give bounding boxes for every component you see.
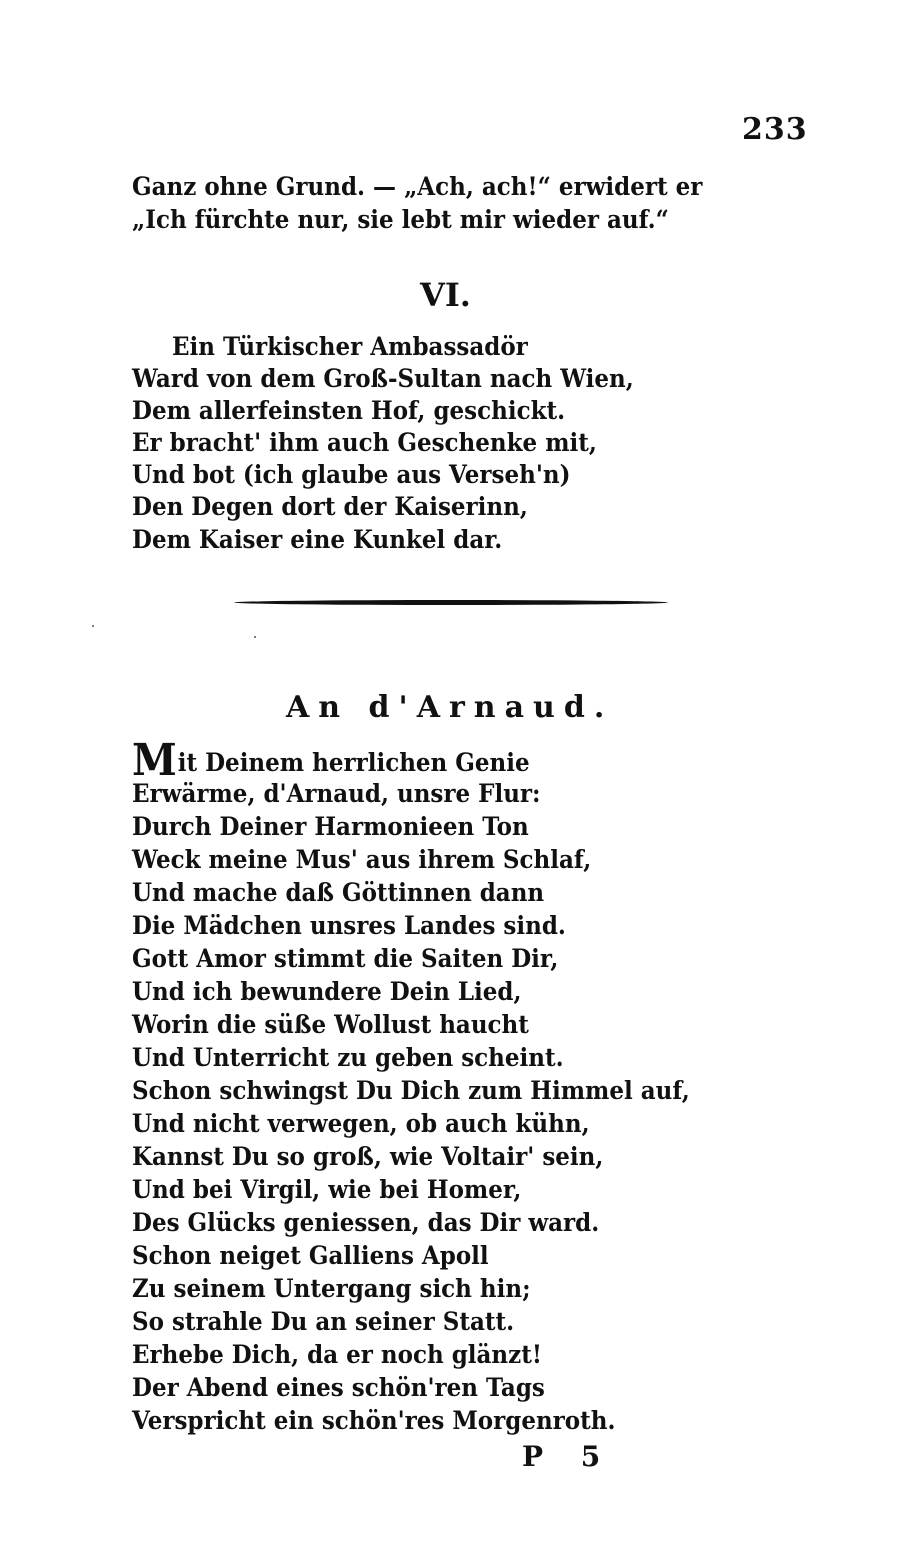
scan-speck	[92, 625, 94, 627]
verse-line: Den Degen dort der Kaiserinn,	[132, 492, 528, 522]
verse-line: Gott Amor stimmt die Saiten Dir,	[132, 944, 558, 974]
verse-line: Und mache daß Göttinnen dann	[132, 878, 544, 908]
verse-line: Zu seinem Untergang sich hin;	[132, 1274, 531, 1304]
verse-line: Dem Kaiser eine Kunkel dar.	[132, 525, 502, 555]
verse-line: Kannst Du so groß, wie Voltair' sein,	[132, 1142, 603, 1172]
scan-speck	[254, 636, 256, 638]
verse-line: Und bot (ich glaube aus Verseh'n)	[132, 460, 570, 490]
verse-line: Schon schwingst Du Dich zum Himmel auf,	[132, 1076, 690, 1106]
verse-line: Schon neiget Galliens Apoll	[132, 1241, 489, 1271]
verse-line: Er bracht' ihm auch Geschenke mit,	[132, 428, 597, 458]
verse-line: Und ich bewundere Dein Lied,	[132, 977, 521, 1007]
verse-line: Weck meine Mus' aus ihrem Schlaf,	[132, 845, 591, 875]
verse-line: Verspricht ein schön'res Morgenroth.	[132, 1406, 615, 1436]
section-numeral: VI.	[420, 276, 471, 314]
verse-line: Ein Türkischer Ambassadör	[172, 332, 528, 362]
verse-line: Ganz ohne Grund. — „Ach, ach!“ erwidert …	[132, 172, 702, 202]
verse-line-first: Mit Deinem herrlichen Genie	[132, 746, 530, 778]
verse-line: Ward von dem Groß-Sultan nach Wien,	[132, 364, 634, 394]
verse-line: Dem allerfeinsten Hof, geschickt.	[132, 396, 565, 426]
poem-title: An d'Arnaud.	[286, 690, 613, 725]
book-page: 233 Ganz ohne Grund. — „Ach, ach!“ erwid…	[0, 0, 900, 1552]
verse-line: „Ich fürchte nur, sie lebt mir wieder au…	[132, 205, 669, 235]
verse-line: Die Mädchen unsres Landes sind.	[132, 911, 566, 941]
verse-line: Und nicht verwegen, ob auch kühn,	[132, 1109, 590, 1139]
verse-line: Worin die süße Wollust haucht	[132, 1010, 529, 1040]
verse-line: Durch Deiner Harmonieen Ton	[132, 812, 529, 842]
section-divider	[234, 600, 668, 605]
verse-line: Der Abend eines schön'ren Tags	[132, 1373, 545, 1403]
printer-signature: P 5	[522, 1440, 614, 1473]
page-number: 233	[742, 112, 808, 147]
verse-text: it Deinem herrlichen Genie	[178, 748, 530, 777]
verse-line: So strahle Du an seiner Statt.	[132, 1307, 514, 1337]
verse-line: Erwärme, d'Arnaud, unsre Flur:	[132, 779, 541, 809]
verse-line: Erhebe Dich, da er noch glänzt!	[132, 1340, 542, 1370]
verse-line: Und bei Virgil, wie bei Homer,	[132, 1175, 521, 1205]
verse-line: Des Glücks geniessen, das Dir ward.	[132, 1208, 599, 1238]
verse-line: Und Unterricht zu geben scheint.	[132, 1043, 564, 1073]
